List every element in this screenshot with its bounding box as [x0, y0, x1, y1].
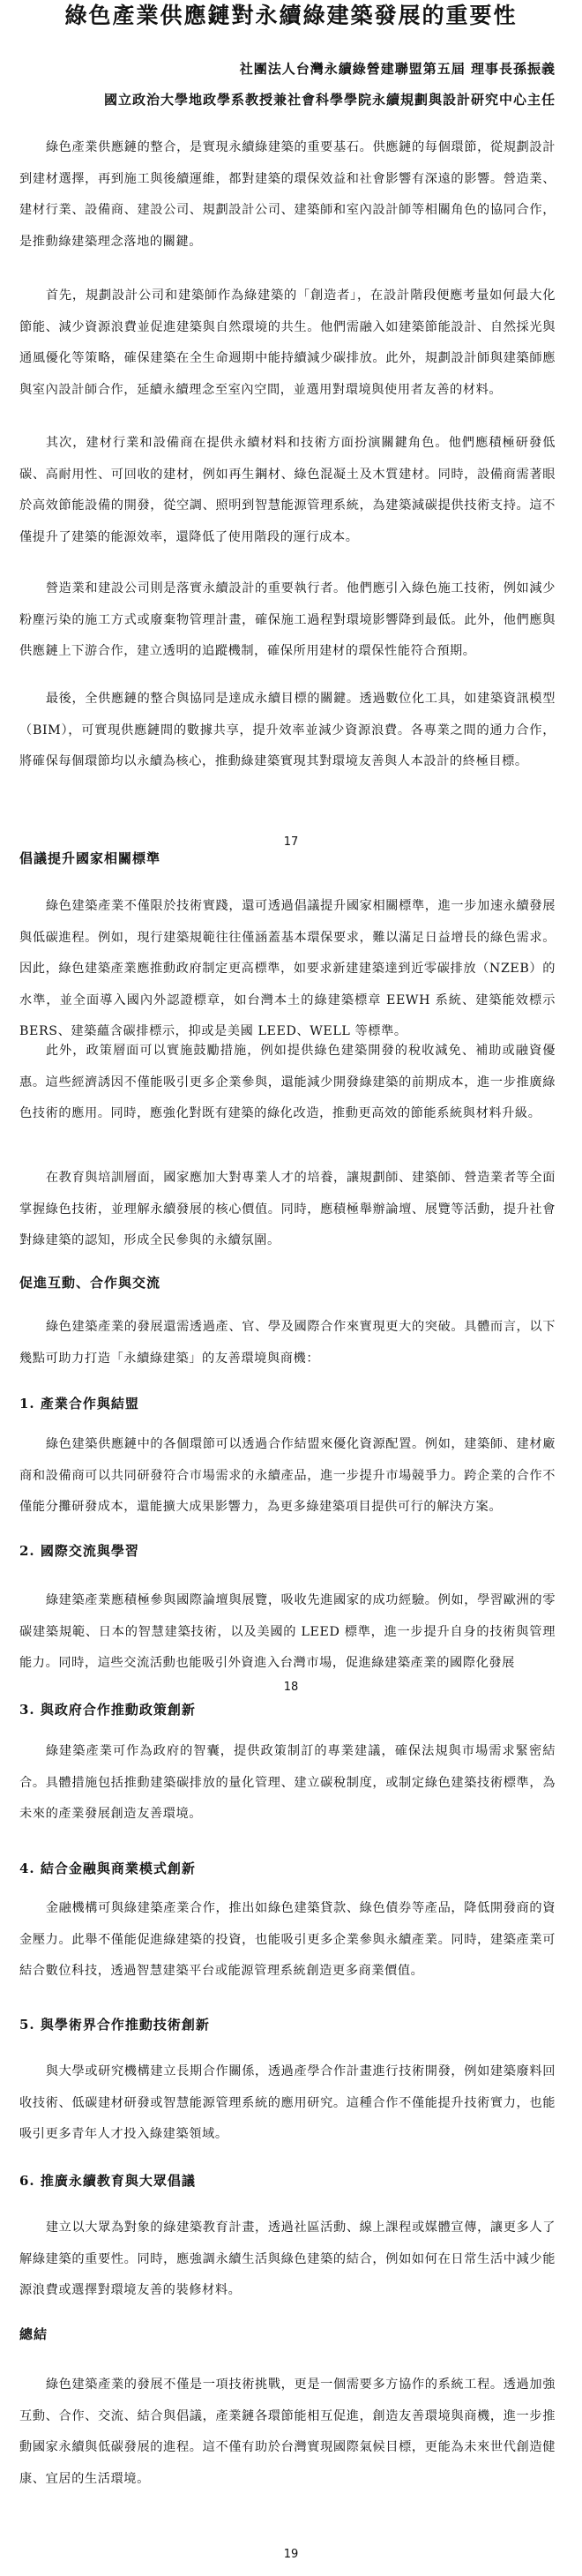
- item-heading-5: 5. 與學術界合作推動技術創新: [19, 2015, 210, 2034]
- intro-paragraph-2: 首先，規劃設計公司和建築師作為綠建築的「創造者」，在設計階段便應考量如何最大化節…: [19, 281, 556, 406]
- standards-paragraph-1: 綠色建築產業不僅限於技術實踐，還可透過倡議提升國家相關標準，進一步加速永續發展與…: [19, 891, 556, 1048]
- author-affiliation-2: 國立政治大學地政學系教授兼社會科學學院永續規劃與設計研究中心主任: [104, 91, 556, 109]
- summary-paragraph: 綠色建築產業的發展不僅是一項技術挑戰，更是一個需要多方協作的系統工程。透過加強互…: [19, 2370, 556, 2495]
- page-number: 19: [0, 2547, 582, 2563]
- standards-paragraph-3: 在教育與培訓層面，國家應加大對專業人才的培養，讓規劃師、建築師、營造業者等全面掌…: [19, 1163, 556, 1257]
- item-text-5: 與大學或研究機構建立長期合作關係，透過產學合作計畫進行技術開發，例如建築廢料回收…: [19, 2056, 556, 2151]
- item-heading-2: 2. 國際交流與學習: [19, 1541, 139, 1561]
- item-heading-3: 3. 與政府合作推動政策創新: [19, 1700, 196, 1719]
- intro-paragraph-1: 綠色產業供應鏈的整合，是實現永續綠建築的重要基石。供應鏈的每個環節，從規劃設計到…: [19, 132, 556, 258]
- item-text-4: 金融機構可與綠建築產業合作，推出如綠色建築貸款、綠色債券等產品，降低開發商的資金…: [19, 1893, 556, 1988]
- section-heading-cooperation: 促進互動、合作與交流: [19, 1273, 160, 1292]
- section-heading-standards: 倡議提升國家相關標準: [19, 849, 160, 868]
- author-affiliation-1: 社團法人台灣永續綠營建聯盟第五屆 理事長孫振義: [240, 60, 556, 78]
- intro-paragraph-5: 最後，全供應鏈的整合與協同是達成永續目標的關鍵。透過數位化工具，如建築資訊模型（…: [19, 684, 556, 778]
- item-text-2: 綠建築產業應積極參與國際論壇與展覽，吸收先進國家的成功經驗。例如，學習歐洲的零碳…: [19, 1585, 556, 1680]
- document-title: 綠色產業供應鏈對永續綠建築發展的重要性: [0, 2, 582, 30]
- standards-paragraph-2: 此外，政策層面可以實施鼓勵措施，例如提供綠色建築開發的稅收減免、補助或融資優惠。…: [19, 1036, 556, 1130]
- cooperation-intro: 綠色建築產業的發展還需透過產、官、學及國際合作來實現更大的突破。具體而言，以下幾…: [19, 1312, 556, 1374]
- page-number: 18: [0, 1680, 582, 1696]
- item-heading-4: 4. 結合金融與商業模式創新: [19, 1859, 196, 1878]
- item-text-6: 建立以大眾為對象的綠建築教育計畫，透過社區活動、線上課程或媒體宣傳，讓更多人了解…: [19, 2213, 556, 2307]
- item-text-1: 綠色建築供應鏈中的各個環節可以透過合作結盟來優化資源配置。例如，建築師、建材廠商…: [19, 1429, 556, 1524]
- item-heading-1: 1. 產業合作與結盟: [19, 1394, 139, 1413]
- section-heading-summary: 總結: [19, 2325, 48, 2344]
- intro-paragraph-4: 營造業和建設公司則是落實永續設計的重要執行者。他們應引入綠色施工技術，例如減少粉…: [19, 573, 556, 668]
- item-text-3: 綠建築產業可作為政府的智囊，提供政策制訂的專業建議，確保法規與市場需求緊密結合。…: [19, 1736, 556, 1831]
- item-heading-6: 6. 推廣永續教育與大眾倡議: [19, 2171, 196, 2190]
- intro-paragraph-3: 其次，建材行業和設備商在提供永續材料和技術方面扮演關鍵角色。他們應積極研發低碳、…: [19, 428, 556, 553]
